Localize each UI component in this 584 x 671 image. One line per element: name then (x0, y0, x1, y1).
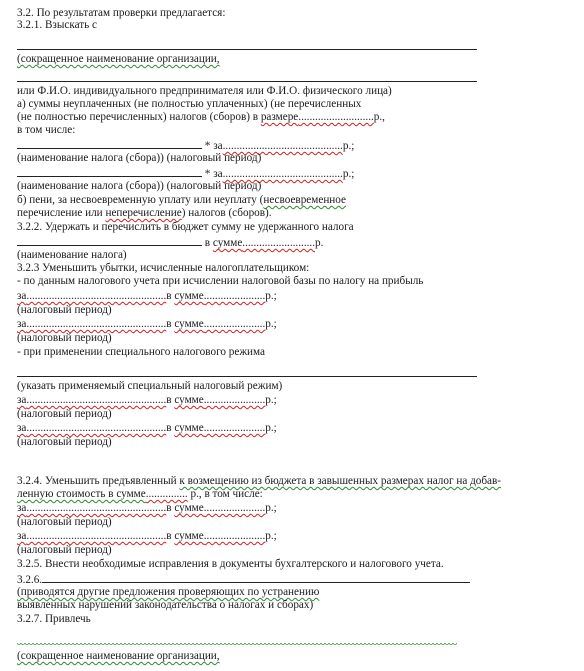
loss-row-1: за......................................… (17, 290, 277, 304)
regime-row-2: за......................................… (17, 422, 277, 436)
sum-field[interactable]: сумме...................... (174, 394, 265, 406)
period-field[interactable]: за......................................… (17, 394, 166, 406)
section-3-2-6-line: 3.2.6. (17, 572, 470, 586)
person-hint: или Ф.И.О. индивидуального предпринимате… (17, 85, 392, 99)
profit-tax-line: - по данным налогового учета при исчисле… (17, 275, 423, 289)
withheld-amount-field[interactable]: сумме.......................... (213, 237, 315, 249)
section-3-2-7-heading: 3.2.7. Привлечь (17, 613, 91, 627)
period-field[interactable]: за......................................… (17, 530, 166, 542)
tax-name-field[interactable] (17, 166, 202, 177)
sum-field[interactable]: сумме...................... (174, 422, 265, 434)
section-3-2-4-line-2: ленную стоимость в сумме............... … (17, 488, 263, 502)
sum-field[interactable]: сумме...................... (174, 530, 265, 542)
tax-row-2-hint: (наименование налога (сбора)) (налоговый… (17, 180, 261, 194)
period-hint: (налоговый период) (17, 436, 112, 450)
other-proposals-hint-1: (приводятся другие предложения проверяющ… (17, 586, 319, 600)
liable-organization-line[interactable] (17, 643, 457, 647)
period-field[interactable]: за......................................… (17, 422, 166, 434)
tax-row-1: * за....................................… (17, 138, 354, 152)
section-3-2-5-heading: 3.2.5. Внести необходимые исправления в … (17, 558, 444, 572)
other-proposals-hint-2: выявленных нарушений законодательства о … (17, 599, 313, 613)
section-3-2-4-line-1: 3.2.4. Уменьшить предъявленный к возмеще… (17, 475, 501, 489)
clause-a-line-1: а) суммы неуплаченных (не полностью упла… (17, 98, 361, 112)
special-regime-line: - при применении специального налогового… (17, 346, 265, 360)
amount-field[interactable]: размере........................... (261, 111, 374, 123)
regime-hint: (указать применяемый специальный налогов… (17, 380, 282, 394)
period-field[interactable]: за......................................… (17, 502, 166, 514)
sum-field[interactable]: сумме...................... (174, 290, 265, 302)
other-proposals-field[interactable] (42, 572, 470, 583)
withheld-tax-row: в сумме..........................р. (17, 235, 323, 249)
sum-field[interactable]: сумме...................... (174, 502, 265, 514)
period-hint: (налоговый период) (17, 544, 112, 558)
including-label: в том числе: (17, 124, 75, 138)
regime-row-1: за......................................… (17, 394, 277, 408)
regime-name-line[interactable] (17, 376, 477, 377)
tax-name-field[interactable] (17, 138, 202, 149)
organization-hint: (сокращенное наименование организации, (17, 53, 220, 67)
period-hint: (налоговый период) (17, 408, 112, 422)
period-hint: (налоговый период) (17, 304, 112, 318)
organization-name-line[interactable] (17, 49, 477, 50)
person-name-line[interactable] (17, 81, 477, 82)
section-3-2-3-heading: 3.2.3 Уменьшить убытки, исчисленные нало… (17, 262, 309, 276)
vat-row-2: за......................................… (17, 530, 277, 544)
tax-name-hint: (наименование налога) (17, 249, 127, 263)
tax-row-2: * за....................................… (17, 166, 354, 180)
section-3-2-2-heading: 3.2.2. Удержать и перечислить в бюджет с… (17, 221, 354, 235)
tax-row-1-hint: (наименование налога (сбора)) (налоговый… (17, 152, 261, 166)
loss-row-2: за......................................… (17, 318, 277, 332)
tax-name-field[interactable] (17, 235, 202, 246)
clause-b-line-2: перечисление или неперечисление) налогов… (17, 207, 272, 221)
period-field[interactable]: за......................................… (17, 290, 166, 302)
clause-b-line-1: б) пени, за несвоевременную уплату или н… (17, 194, 346, 208)
sum-field[interactable]: сумме...................... (174, 318, 265, 330)
period-hint: (налоговый период) (17, 332, 112, 346)
organization-hint-2: (сокращенное наименование организации, (17, 650, 220, 664)
tax-amount-field[interactable]: ........................................… (223, 140, 343, 152)
section-3-2-1-heading: 3.2.1. Взыскать с (17, 19, 97, 33)
period-hint: (налоговый период) (17, 516, 112, 530)
period-field[interactable]: за......................................… (17, 318, 166, 330)
tax-amount-field[interactable]: ........................................… (223, 168, 343, 180)
vat-row-1: за......................................… (17, 502, 277, 516)
vat-amount-field[interactable]: ............... (146, 488, 188, 500)
clause-a-line-2: (не полностью перечисленных) налогов (сб… (17, 111, 385, 125)
